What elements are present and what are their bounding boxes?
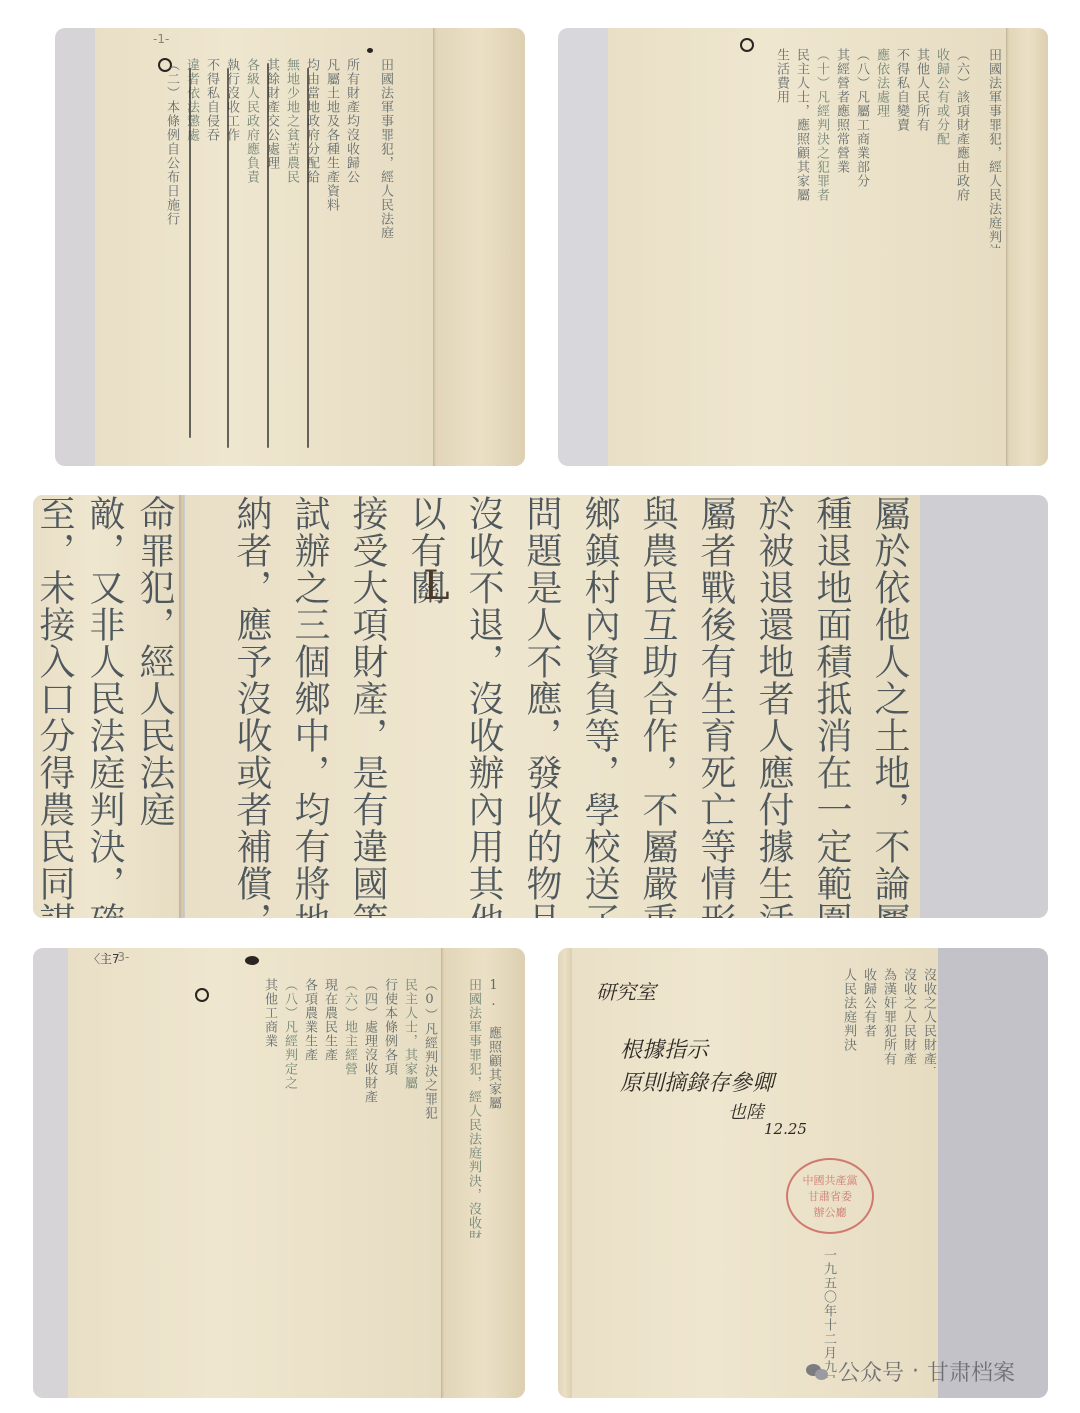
text-column: 其他人民所有 — [911, 48, 931, 448]
text-column: 不得私自變賣 — [891, 48, 911, 448]
wechat-watermark: 公众号 · 甘肃档案 — [806, 1356, 1015, 1387]
note-signature: 也陸 — [728, 1098, 764, 1124]
photo-panel-top-left: -1- 田國法軍事罪犯，經人民法庭判決，沒收財產者 所有財產均沒收歸公 凡屬土地… — [55, 28, 525, 466]
text-column: 行使本條例各項 — [379, 978, 399, 1378]
text-column: 沒收之人民財產 — [898, 968, 918, 1378]
text-column: 為漢奸罪犯所有 — [878, 968, 898, 1378]
photo-panel-top-right: 田國法軍事罪犯，經人民法庭判決，沒收財產者 （六）該項財產應由政府 收歸公有或分… — [558, 28, 1048, 466]
ink-blot — [245, 956, 259, 965]
title-column: 田國法軍事罪犯，經人民法庭判決，沒收財產者 — [983, 48, 1003, 248]
watermark-account: 甘肃档案 — [927, 1356, 1015, 1387]
text-column: 無地少地之貧苦農民 — [281, 58, 301, 458]
photo-panel-middle-wide: 命罪犯，經人民法庭判決，沒收者有效。 敵，又非人民法庭判決，確為原有之工商業部份… — [33, 495, 1048, 918]
text-column: 執行沒收工作 — [221, 58, 241, 458]
text-column: 與農民互助合作，不屬嚴重貪污盜竊及侵佔等 — [628, 495, 686, 918]
text-column: 問題是人不應，發收的物品如鐘錶、屏風、文物等。 — [512, 495, 570, 918]
text-column: 敵，又非人民法庭判決，確為原有之工商業部份， — [83, 495, 133, 918]
note-line-2: 原則摘錄存參卿 — [620, 1066, 774, 1097]
text-column: 接受大項財產，是有違國策，已經沒收不必有 — [338, 495, 396, 918]
watermark-separator: · — [912, 1359, 919, 1384]
text-column: （六）該項財產應由政府 — [951, 48, 971, 448]
text-column: 凡屬土地及各種生產資料 — [321, 58, 341, 428]
text-column: （四）處理沒收財產 — [359, 978, 379, 1378]
text-column: 屬於依他人之土地，不論屬上述四種情形中的任何（种 — [860, 495, 918, 918]
watermark-prefix: 公众号 — [838, 1356, 904, 1387]
text-column: 收歸公有或分配 — [931, 48, 951, 448]
text-column: 其經營者應照常營業 — [831, 48, 851, 448]
pen-underline — [307, 68, 309, 448]
text-column: （八）凡屬工商業部分 — [851, 48, 871, 448]
text-column: （六）地主經營 — [339, 978, 359, 1378]
text-column: 種退地面積抵消在一定範圍內，凡因田地頭等（籍 — [802, 495, 860, 918]
text-column: 命罪犯，經人民法庭判決，沒收者有效。 — [133, 495, 183, 825]
photo-panel-bottom-left: -3- 〈主7 1. 應照顧其家屬 田國法軍事罪犯，經人民法庭判決，沒收財產者有… — [33, 948, 525, 1398]
photo-panel-bottom-right: 研究室 根據指示 原則摘錄存參卿 也陸 12.25 中國共產黨 甘肅省委 辦公廳… — [558, 948, 1048, 1398]
text-column: 至，未接入口分得農民同謀入付高級 — [33, 495, 83, 918]
text-column: 鄉鎮村內資負等，學校送了不少東西，其中有些是 — [570, 495, 628, 918]
title-column: 田國法軍事罪犯，經人民法庭判決，沒收財產者有效 — [463, 978, 483, 1238]
right-page-columns: 屬於依他人之土地，不論屬上述四種情形中的任何（种 種退地面積抵消在一定範圍內，凡… — [183, 495, 918, 918]
text-column: 沒收之人民財產，經判決 — [918, 968, 938, 1068]
text-column: 其他工商業 — [259, 978, 279, 1378]
note-date: 12.25 — [764, 1120, 807, 1138]
text-column: 沒收不退，沒收辦內用其他財產相償，俱應關於 — [454, 495, 512, 918]
text-column: 1. 應照顧其家屬 — [483, 978, 503, 1238]
text-column: 現在農民生產 — [319, 978, 339, 1378]
ink-mark: L — [423, 563, 450, 609]
text-column: （0）凡經判決之罪犯 — [419, 978, 439, 1378]
document-page-right — [435, 28, 525, 466]
pen-underline — [189, 68, 191, 438]
document-page-right — [1008, 28, 1048, 466]
text-column: 不得私自侵吞 — [201, 58, 221, 458]
handwritten-page-number: 〈主7 — [88, 950, 120, 967]
text-column: 應依法處理 — [871, 48, 891, 448]
text-column: 人民法庭判決 — [838, 968, 858, 1118]
text-column: （八）凡經判定之 — [279, 978, 299, 1378]
text-column: 民主人士，其家屬 — [399, 978, 419, 1378]
text-column: 各項農業生產 — [299, 978, 319, 1378]
pen-underline — [227, 68, 229, 448]
text-column: 收歸公有者 — [858, 968, 878, 1378]
text-columns: 沒收之人民財產，經判決 沒收之人民財產 為漢奸罪犯所有 收歸公有者 人民法庭判決 — [828, 968, 938, 1388]
page-number: -1- — [153, 32, 169, 46]
text-columns: 田國法軍事罪犯，經人民法庭判決，沒收財產者 （六）該項財產應由政府 收歸公有或分… — [638, 48, 1003, 458]
page-fold — [433, 28, 436, 466]
text-column: 均由當地政府分配給 — [301, 58, 321, 458]
title-column: 田國法軍事罪犯，經人民法庭判決，沒收財產者 — [375, 58, 395, 238]
text-column: 民主人士，應照顧其家屬 — [791, 48, 811, 448]
text-column: 於被退還地者人應付據生活，則應酌情退出多 — [744, 495, 802, 918]
text-column: 所有財產均沒收歸公 — [341, 58, 361, 378]
text-column: 納者，應予沒收或者補償，或命其能對者，應 — [222, 495, 280, 918]
text-column: 各級人民政府應負責 — [241, 58, 261, 458]
note-salutation: 研究室 — [596, 976, 656, 1005]
text-column: 生活費用 — [771, 48, 791, 268]
pen-underline — [267, 63, 269, 448]
text-columns: 1. 應照顧其家屬 田國法軍事罪犯，經人民法庭判決，沒收財產者有效 （0）凡經判… — [103, 978, 503, 1388]
left-page-columns: 命罪犯，經人民法庭判決，沒收者有效。 敵，又非人民法庭判決，確為原有之工商業部份… — [33, 495, 183, 918]
text-column: 違者依法懲處 — [181, 58, 201, 448]
page-fold — [1006, 28, 1009, 466]
text-column: （二）本條例自公布日施行 — [161, 58, 181, 458]
ink-blot — [367, 48, 373, 53]
text-columns: 田國法軍事罪犯，經人民法庭判決，沒收財產者 所有財產均沒收歸公 凡屬土地及各種生… — [125, 58, 395, 458]
note-line-1: 根據指示 — [620, 1033, 708, 1064]
text-column: 屬者戰後有生育死亡等情形，應予照顧，餘交 — [686, 495, 744, 918]
text-column: （十）凡經判決之犯罪者 — [811, 48, 831, 448]
text-column: 試辦之三個鄉中，均有將地主勝東、店房，錢 — [280, 495, 338, 918]
document-page-left-edge — [558, 948, 572, 1398]
text-column: 其餘財產交公處理 — [261, 58, 281, 458]
wechat-icon — [806, 1362, 830, 1382]
